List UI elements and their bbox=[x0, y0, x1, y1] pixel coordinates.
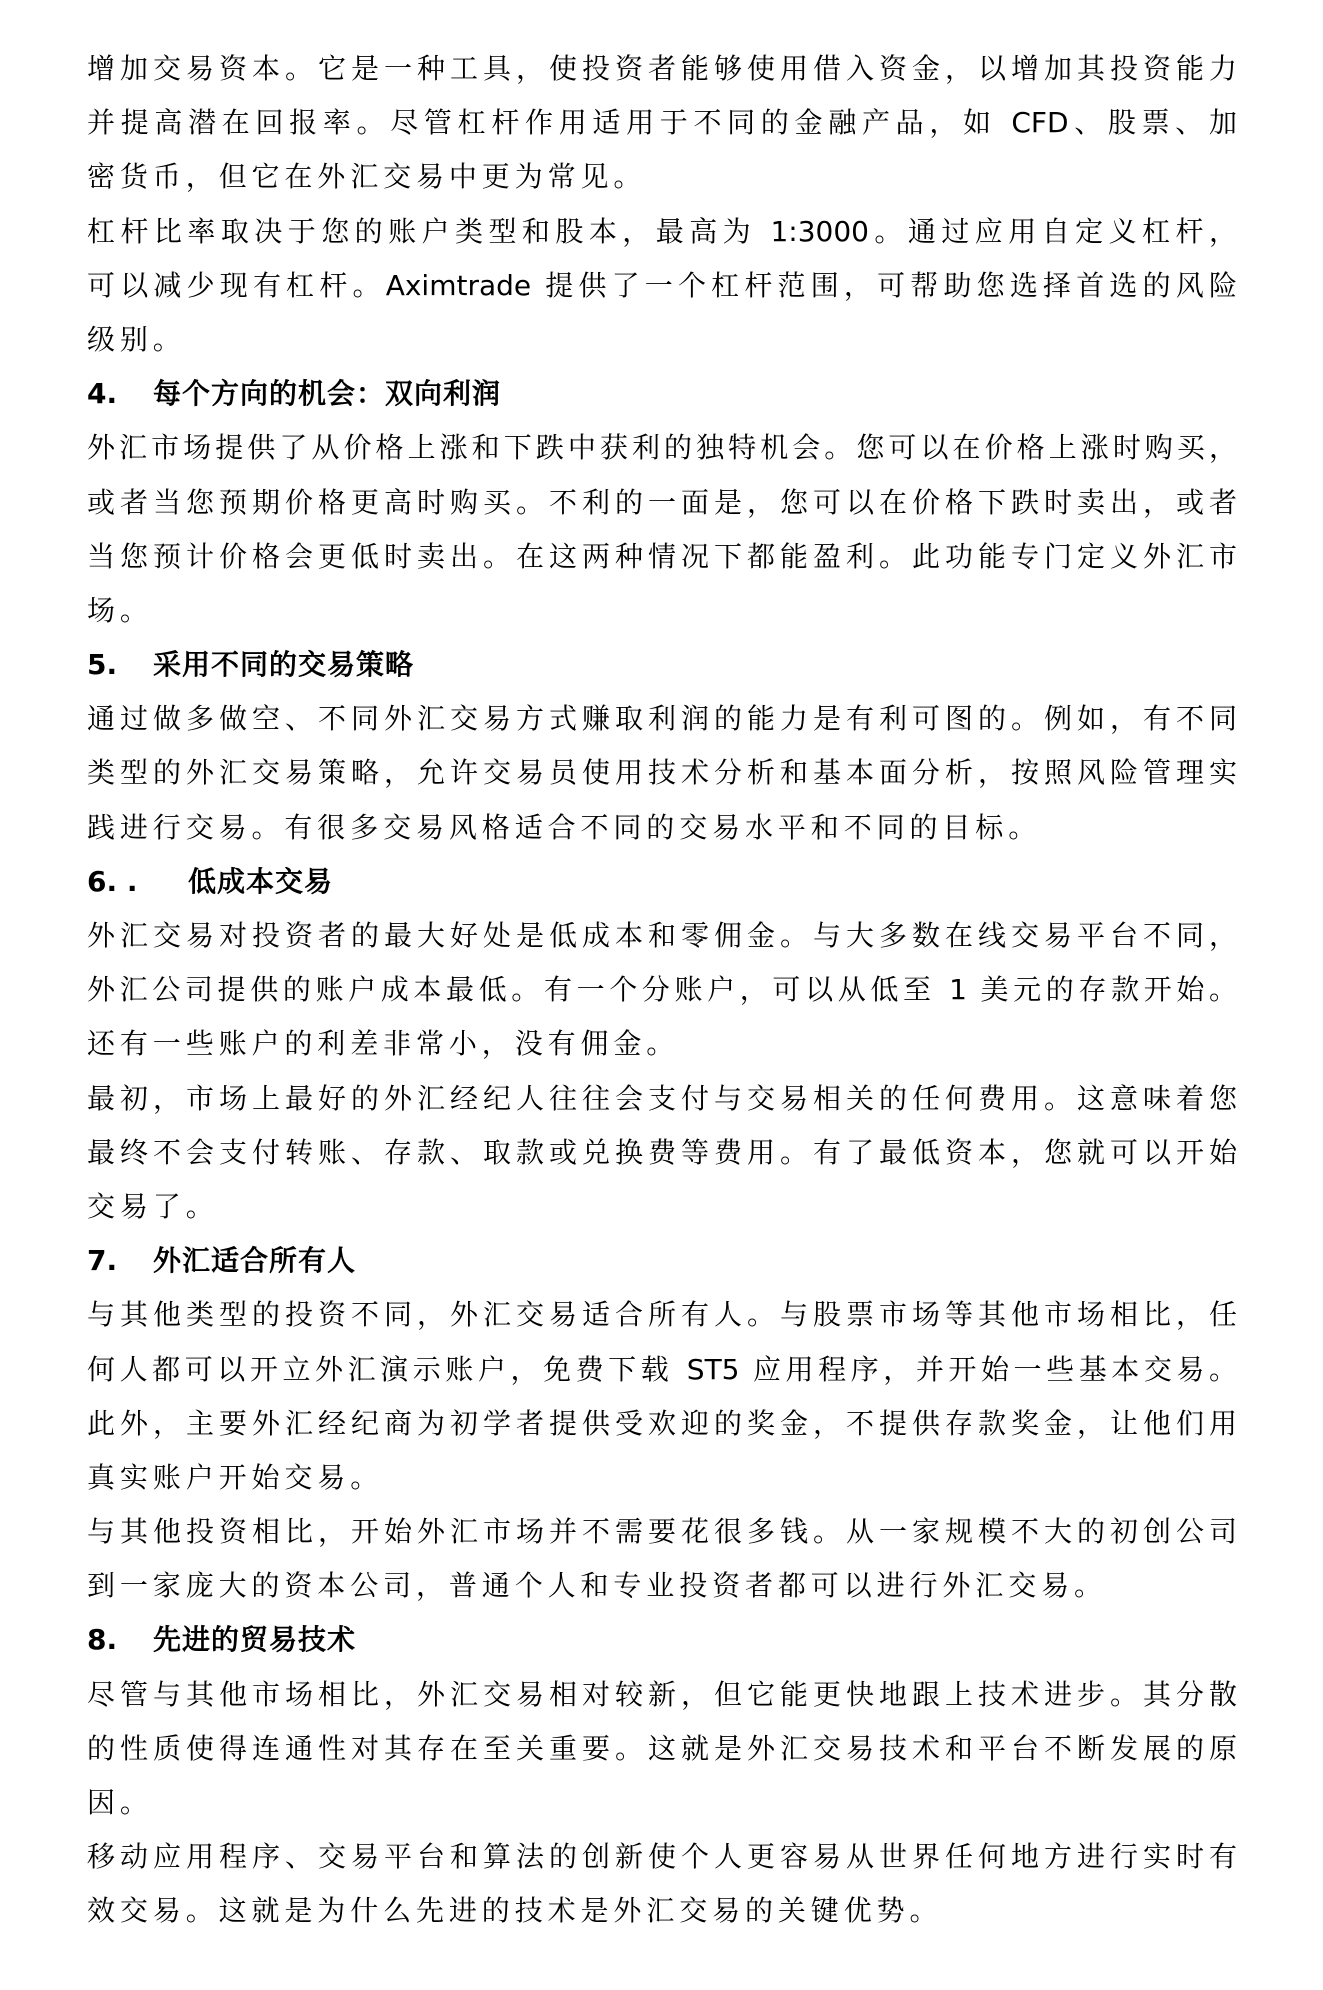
section-heading-5: 5.采用不同的交易策略 bbox=[87, 644, 1247, 698]
text-line: 效交易。这就是为什么先进的技术是外汇交易的关键优势。 bbox=[87, 1890, 1247, 1944]
text-line: 此外，主要外汇经纪商为初学者提供受欢迎的奖金，不提供存款奖金，让他们用 bbox=[87, 1403, 1237, 1457]
section-number: 4. bbox=[87, 373, 153, 415]
text-line: 何人都可以开立外汇演示账户，免费下载 ST5 应用程序，并开始一些基本交易。 bbox=[87, 1349, 1237, 1403]
text-line: 增加交易资本。它是一种工具，使投资者能够使用借入资金，以增加其投资能力 bbox=[87, 48, 1237, 102]
text-line: 或者当您预期价格更高时购买。不利的一面是，您可以在价格下跌时卖出，或者 bbox=[87, 482, 1237, 536]
section-heading-7: 7.外汇适合所有人 bbox=[87, 1240, 1247, 1294]
text-line: 最终不会支付转账、存款、取款或兑换费等费用。有了最低资本，您就可以开始 bbox=[87, 1132, 1237, 1186]
section-number: 8. bbox=[87, 1619, 153, 1661]
text-line: 级别。 bbox=[87, 319, 1247, 373]
text-line: 与其他投资相比，开始外汇市场并不需要花很多钱。从一家规模不大的初创公司 bbox=[87, 1511, 1237, 1565]
text-line: 最初，市场上最好的外汇经纪人往往会支付与交易相关的任何费用。这意味着您 bbox=[87, 1078, 1237, 1132]
document-page: 增加交易资本。它是一种工具，使投资者能够使用借入资金，以增加其投资能力 并提高潜… bbox=[87, 48, 1247, 1945]
text-line: 与其他类型的投资不同，外汇交易适合所有人。与股票市场等其他市场相比，任 bbox=[87, 1294, 1237, 1348]
text-line: 践进行交易。有很多交易风格适合不同的交易水平和不同的目标。 bbox=[87, 807, 1247, 861]
text-line: 因。 bbox=[87, 1782, 1247, 1836]
paragraph-low-entry: 与其他投资相比，开始外汇市场并不需要花很多钱。从一家规模不大的初创公司 到一家庞… bbox=[87, 1511, 1247, 1619]
paragraph-broker-fees: 最初，市场上最好的外汇经纪人往往会支付与交易相关的任何费用。这意味着您 最终不会… bbox=[87, 1078, 1247, 1241]
text-line: 交易了。 bbox=[87, 1186, 1247, 1240]
text-line: 当您预计价格会更低时卖出。在这两种情况下都能盈利。此功能专门定义外汇市 bbox=[87, 536, 1237, 590]
text-line: 到一家庞大的资本公司，普通个人和专业投资者都可以进行外汇交易。 bbox=[87, 1565, 1247, 1619]
text-line: 还有一些账户的利差非常小，没有佣金。 bbox=[87, 1023, 1247, 1077]
text-line: 真实账户开始交易。 bbox=[87, 1457, 1247, 1511]
paragraph-strategies: 通过做多做空、不同外汇交易方式赚取利润的能力是有利可图的。例如，有不同 类型的外… bbox=[87, 698, 1247, 861]
section-number: 6. . bbox=[87, 861, 188, 903]
section-title: 采用不同的交易策略 bbox=[153, 648, 414, 681]
text-line: 的性质使得连通性对其存在至关重要。这就是外汇交易技术和平台不断发展的原 bbox=[87, 1728, 1237, 1782]
paragraph-low-cost: 外汇交易对投资者的最大好处是低成本和零佣金。与大多数在线交易平台不同， 外汇公司… bbox=[87, 915, 1247, 1078]
paragraph-technology: 尽管与其他市场相比，外汇交易相对较新，但它能更快地跟上技术进步。其分散 的性质使… bbox=[87, 1674, 1247, 1837]
section-number: 7. bbox=[87, 1240, 153, 1282]
text-line: 密货币，但它在外汇交易中更为常见。 bbox=[87, 156, 1247, 210]
text-line: 移动应用程序、交易平台和算法的创新使个人更容易从世界任何地方进行实时有 bbox=[87, 1836, 1237, 1890]
paragraph-innovation: 移动应用程序、交易平台和算法的创新使个人更容易从世界任何地方进行实时有 效交易。… bbox=[87, 1836, 1247, 1944]
section-title: 先进的贸易技术 bbox=[153, 1623, 356, 1656]
paragraph-leverage-ratio: 杠杆比率取决于您的账户类型和股本，最高为 1:3000。通过应用自定义杠杆， 可… bbox=[87, 211, 1247, 374]
text-line: 可以减少现有杠杆。Aximtrade 提供了一个杠杆范围，可帮助您选择首选的风险 bbox=[87, 265, 1237, 319]
text-line: 场。 bbox=[87, 590, 1247, 644]
paragraph-two-way-profit: 外汇市场提供了从价格上涨和下跌中获利的独特机会。您可以在价格上涨时购买， 或者当… bbox=[87, 427, 1247, 644]
section-number: 5. bbox=[87, 644, 153, 686]
paragraph-forex-for-all: 与其他类型的投资不同，外汇交易适合所有人。与股票市场等其他市场相比，任 何人都可… bbox=[87, 1294, 1247, 1511]
text-line: 尽管与其他市场相比，外汇交易相对较新，但它能更快地跟上技术进步。其分散 bbox=[87, 1674, 1237, 1728]
section-heading-6: 6. .低成本交易 bbox=[87, 861, 1247, 915]
text-line: 外汇公司提供的账户成本最低。有一个分账户，可以从低至 1 美元的存款开始。 bbox=[87, 969, 1237, 1023]
section-heading-4: 4.每个方向的机会：双向利润 bbox=[87, 373, 1247, 427]
text-line: 并提高潜在回报率。尽管杠杆作用适用于不同的金融产品，如 CFD、股票、加 bbox=[87, 102, 1237, 156]
text-line: 外汇市场提供了从价格上涨和下跌中获利的独特机会。您可以在价格上涨时购买， bbox=[87, 427, 1237, 481]
paragraph-leverage-intro: 增加交易资本。它是一种工具，使投资者能够使用借入资金，以增加其投资能力 并提高潜… bbox=[87, 48, 1247, 211]
section-heading-8: 8.先进的贸易技术 bbox=[87, 1619, 1247, 1673]
text-line: 通过做多做空、不同外汇交易方式赚取利润的能力是有利可图的。例如，有不同 bbox=[87, 698, 1237, 752]
text-line: 外汇交易对投资者的最大好处是低成本和零佣金。与大多数在线交易平台不同， bbox=[87, 915, 1237, 969]
section-title: 外汇适合所有人 bbox=[153, 1244, 356, 1277]
section-title: 低成本交易 bbox=[188, 865, 333, 898]
text-line: 杠杆比率取决于您的账户类型和股本，最高为 1:3000。通过应用自定义杠杆， bbox=[87, 211, 1237, 265]
section-title: 每个方向的机会：双向利润 bbox=[153, 377, 501, 410]
text-line: 类型的外汇交易策略，允许交易员使用技术分析和基本面分析，按照风险管理实 bbox=[87, 752, 1237, 806]
